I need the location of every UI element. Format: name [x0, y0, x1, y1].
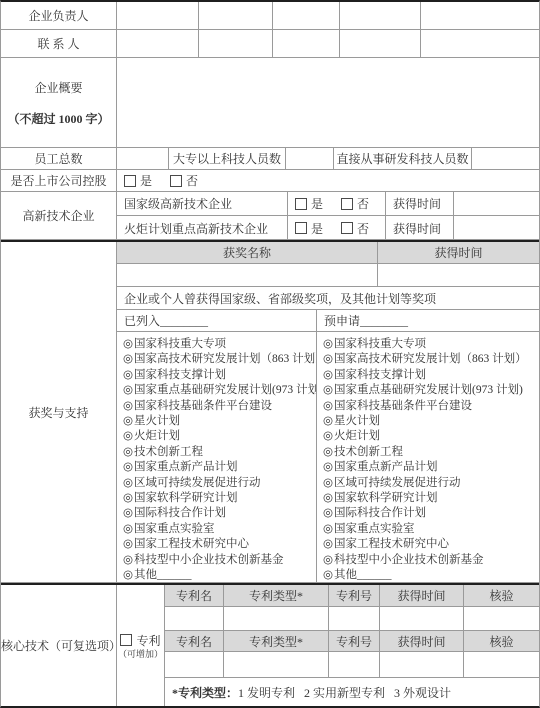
patent-option[interactable]: 专利 [120, 632, 160, 649]
hitech-torch-no[interactable]: 否 [341, 220, 369, 237]
hitech-national-no[interactable]: 否 [341, 195, 369, 212]
program-item[interactable]: ◎国家重点实验室 [323, 522, 539, 537]
summary-label: 企业概要 （不超过 1000 字） [1, 58, 117, 147]
program-item[interactable]: ◎国家科技基础条件平台建设 [323, 399, 539, 414]
program-item[interactable]: ◎国家重点基础研究发展计划(973 计划) [323, 383, 539, 398]
checkbox-icon[interactable] [341, 222, 353, 234]
patent-entry-row-2 [165, 652, 539, 678]
program-item[interactable]: ◎火炬计划 [123, 429, 316, 444]
bullseye-bullet-icon: ◎ [323, 353, 333, 365]
bullseye-bullet-icon: ◎ [323, 446, 333, 458]
patent-col-number: 专利号 [329, 585, 380, 606]
bullseye-bullet-icon: ◎ [123, 461, 133, 473]
staff-total-field[interactable] [117, 148, 169, 169]
program-item[interactable]: ◎国家科技重大专项 [123, 337, 316, 352]
manager-field-5[interactable] [421, 2, 539, 29]
bullseye-bullet-icon: ◎ [123, 415, 133, 427]
patent-footnote: *专利类型： 1 发明专利 2 实用新型专利 3 外观设计 [165, 678, 539, 706]
bullseye-bullet-icon: ◎ [123, 523, 133, 535]
bullseye-bullet-icon: ◎ [323, 415, 333, 427]
contact-field-1[interactable] [117, 30, 199, 57]
program-item[interactable]: ◎国家重点基础研究发展计划(973 计划) [123, 383, 316, 398]
hitech-torch-row: 火炬计划重点高新技术企业 是 否 获得时间 [117, 216, 539, 240]
program-item[interactable]: ◎国家高技术研究发展计划（863 计划） [323, 352, 539, 367]
bullseye-bullet-icon: ◎ [123, 446, 133, 458]
program-item[interactable]: ◎国际科技合作计划 [123, 506, 316, 521]
contact-field-2[interactable] [199, 30, 273, 57]
program-item[interactable]: ◎国家重点新产品计划 [123, 460, 316, 475]
patent-col-verify: 核验 [464, 585, 539, 606]
manager-field-2[interactable] [199, 2, 273, 29]
manager-field-1[interactable] [117, 2, 199, 29]
patent-col-number: 专利号 [329, 631, 380, 651]
contact-label: 联 系 人 [1, 30, 117, 57]
section-core-tech: 核心技术（可复选项） 专利 （可增加） 专利名 专利类型* 专利号 获得时间 核… [1, 583, 539, 706]
bullseye-bullet-icon: ◎ [123, 353, 133, 365]
patent-number-field[interactable] [329, 652, 380, 677]
awards-pre-apply-field[interactable]: 预申请________ [317, 310, 539, 331]
bullseye-bullet-icon: ◎ [323, 523, 333, 535]
program-item[interactable]: ◎国家科技支撑计划 [123, 368, 316, 383]
bullseye-bullet-icon: ◎ [123, 477, 133, 489]
patent-col-verify: 核验 [464, 631, 539, 651]
summary-field[interactable] [117, 58, 539, 147]
patent-col-type: 专利类型* [224, 585, 329, 606]
bullseye-bullet-icon: ◎ [323, 538, 333, 550]
awards-entry-row [117, 264, 539, 287]
patent-name-field[interactable] [165, 607, 224, 630]
hitech-torch-label: 火炬计划重点高新技术企业 [117, 216, 288, 240]
patent-type-field[interactable] [224, 652, 329, 677]
hitech-torch-time-label: 获得时间 [386, 216, 454, 240]
no-label: 否 [357, 195, 369, 212]
bullseye-bullet-icon: ◎ [323, 369, 333, 381]
program-item[interactable]: ◎技术创新工程 [123, 445, 316, 460]
bullseye-bullet-icon: ◎ [123, 538, 133, 550]
patent-header-row-2: 专利名 专利类型* 专利号 获得时间 核验 [165, 631, 539, 652]
core-tech-section-label: 核心技术（可复选项） [1, 585, 117, 706]
awards-desc-row: 企业或个人曾获得国家级、省部级奖项，及其他计划等奖项 [117, 287, 539, 310]
staff-college-label: 大专以上科技人员数 [169, 148, 286, 169]
bullseye-bullet-icon: ◎ [323, 338, 333, 350]
hitech-torch-options: 是 否 [288, 216, 386, 240]
hitech-torch-time-field[interactable] [454, 216, 539, 240]
hitech-national-time-field[interactable] [454, 192, 539, 215]
hitech-national-label: 国家级高新技术企业 [117, 192, 288, 215]
program-item[interactable]: ◎火炬计划 [323, 429, 539, 444]
contact-field-5[interactable] [421, 30, 539, 57]
checkbox-icon[interactable] [341, 198, 353, 210]
program-item[interactable]: ◎国家工程技术研究中心 [323, 537, 539, 552]
bullseye-bullet-icon: ◎ [323, 461, 333, 473]
manager-field-4[interactable] [340, 2, 421, 29]
program-item[interactable]: ◎其他______ [323, 568, 539, 583]
program-item[interactable]: ◎国家科技基础条件平台建设 [123, 399, 316, 414]
bullseye-bullet-icon: ◎ [323, 492, 333, 504]
patent-addable-note: （可增加） [118, 649, 163, 660]
bullseye-bullet-icon: ◎ [323, 400, 333, 412]
summary-label-line1: 企业概要 [34, 79, 82, 96]
program-item[interactable]: ◎国家高技术研究发展计划（863 计划） [123, 352, 316, 367]
awards-desc: 企业或个人曾获得国家级、省部级奖项，及其他计划等奖项 [117, 287, 539, 309]
staff-total-label: 员工总数 [1, 148, 117, 169]
row-summary: 企业概要 （不超过 1000 字） [1, 58, 539, 148]
program-item[interactable]: ◎国家重点实验室 [123, 522, 316, 537]
checkbox-icon[interactable] [295, 222, 307, 234]
hitech-national-time-label: 获得时间 [386, 192, 454, 215]
row-hitech: 高新技术企业 国家级高新技术企业 是 否 获 [1, 192, 539, 240]
checkbox-icon[interactable] [295, 198, 307, 210]
listed-company-label: 是否上市公司控股 [1, 170, 117, 191]
bullseye-bullet-icon: ◎ [123, 338, 133, 350]
yes-label: 是 [311, 220, 323, 237]
bullseye-bullet-icon: ◎ [123, 492, 133, 504]
checkbox-icon[interactable] [120, 634, 132, 646]
awards-header-row: 获奖名称 获得时间 [117, 242, 539, 264]
awards-programs-row: ◎国家科技重大专项◎国家高技术研究发展计划（863 计划）◎国家科技支撑计划◎国… [117, 332, 539, 584]
patent-col-name: 专利名 [165, 585, 224, 606]
staff-college-field[interactable] [286, 148, 334, 169]
patent-type-field[interactable] [224, 607, 329, 630]
no-label: 否 [357, 220, 369, 237]
program-item[interactable]: ◎国家科技支撑计划 [323, 368, 539, 383]
program-item[interactable]: ◎国家工程技术研究中心 [123, 537, 316, 552]
contact-field-4[interactable] [340, 30, 421, 57]
awards-section-label: 获奖与支持 [1, 242, 117, 582]
patent-number-field[interactable] [329, 607, 380, 630]
program-item[interactable]: ◎其他______ [123, 568, 316, 583]
row-manager: 企业负责人 [1, 2, 539, 30]
patent-footnote-title: *专利类型： [172, 684, 238, 701]
listed-no-option[interactable]: 否 [170, 172, 198, 189]
bullseye-bullet-icon: ◎ [323, 569, 333, 581]
awards-time-header: 获得时间 [378, 242, 539, 263]
section-awards: 获奖与支持 获奖名称 获得时间 企业或个人曾获得国家级、省部级奖项，及其他计划等… [1, 240, 539, 583]
patent-header-row-1: 专利名 专利类型* 专利号 获得时间 核验 [165, 585, 539, 607]
patent-footnote-row: *专利类型： 1 发明专利 2 实用新型专利 3 外观设计 [165, 678, 539, 706]
awards-name-header: 获奖名称 [117, 242, 378, 263]
patent-time-field[interactable] [380, 652, 464, 677]
patent-entry-row-1 [165, 607, 539, 631]
bullseye-bullet-icon: ◎ [323, 430, 333, 442]
awards-name-field[interactable] [117, 264, 378, 286]
awards-status-row: 已列入________ 预申请________ [117, 310, 539, 332]
staff-rd-label: 直接从事研发科技人员数 [334, 148, 472, 169]
bullseye-bullet-icon: ◎ [323, 384, 333, 396]
manager-field-3[interactable] [273, 2, 340, 29]
patent-checkbox-cell: 专利 （可增加） [117, 585, 165, 706]
program-item[interactable]: ◎区域可持续发展促进行动 [323, 476, 539, 491]
patent-time-field[interactable] [380, 607, 464, 630]
program-item[interactable]: ◎星火计划 [123, 414, 316, 429]
awards-programs-listed: ◎国家科技重大专项◎国家高技术研究发展计划（863 计划）◎国家科技支撑计划◎国… [117, 332, 317, 584]
bullseye-bullet-icon: ◎ [123, 400, 133, 412]
checkbox-icon[interactable] [124, 175, 136, 187]
enterprise-form-table: 企业负责人 联 系 人 企业概要 （不超过 1000 字） 员工总数 大专以上科… [0, 0, 540, 708]
manager-label: 企业负责人 [1, 2, 117, 29]
program-item[interactable]: ◎星火计划 [323, 414, 539, 429]
yes-label: 是 [140, 172, 152, 189]
row-staff: 员工总数 大专以上科技人员数 直接从事研发科技人员数 [1, 148, 539, 170]
patent-verify-field[interactable] [464, 652, 539, 677]
awards-time-field[interactable] [378, 264, 539, 286]
summary-label-line2: （不超过 1000 字） [7, 110, 109, 127]
program-item[interactable]: ◎区域可持续发展促进行动 [123, 476, 316, 491]
awards-listed-in-field[interactable]: 已列入________ [117, 310, 317, 331]
bullseye-bullet-icon: ◎ [323, 507, 333, 519]
program-item[interactable]: ◎科技型中小企业技术创新基金 [323, 553, 539, 568]
bullseye-bullet-icon: ◎ [123, 507, 133, 519]
checkbox-icon[interactable] [170, 175, 182, 187]
patent-col-name: 专利名 [165, 631, 224, 651]
hitech-torch-yes[interactable]: 是 [295, 220, 323, 237]
patent-checkbox-label: 专利 [136, 632, 160, 649]
bullseye-bullet-icon: ◎ [123, 384, 133, 396]
hitech-national-options: 是 否 [288, 192, 386, 215]
bullseye-bullet-icon: ◎ [323, 554, 333, 566]
contact-field-3[interactable] [273, 30, 340, 57]
row-contact: 联 系 人 [1, 30, 539, 58]
staff-rd-field[interactable] [472, 148, 539, 169]
hitech-national-yes[interactable]: 是 [295, 195, 323, 212]
bullseye-bullet-icon: ◎ [123, 554, 133, 566]
patent-col-time: 获得时间 [380, 631, 464, 651]
bullseye-bullet-icon: ◎ [123, 369, 133, 381]
hitech-section-label: 高新技术企业 [1, 192, 117, 239]
patent-col-type: 专利类型* [224, 631, 329, 651]
listed-yes-option[interactable]: 是 [124, 172, 152, 189]
program-item[interactable]: ◎国际科技合作计划 [323, 506, 539, 521]
program-item[interactable]: ◎国家软科学研究计划 [323, 491, 539, 506]
bullseye-bullet-icon: ◎ [123, 569, 133, 581]
no-label: 否 [186, 172, 198, 189]
program-item[interactable]: ◎技术创新工程 [323, 445, 539, 460]
row-listed-company: 是否上市公司控股 是 否 [1, 170, 539, 192]
patent-footnote-text: 1 发明专利 2 实用新型专利 3 外观设计 [238, 684, 451, 701]
bullseye-bullet-icon: ◎ [323, 477, 333, 489]
patent-name-field[interactable] [165, 652, 224, 677]
hitech-national-row: 国家级高新技术企业 是 否 获得时间 [117, 192, 539, 216]
listed-company-options: 是 否 [117, 170, 539, 191]
awards-programs-preapply: ◎国家科技重大专项◎国家高技术研究发展计划（863 计划）◎国家科技支撑计划◎国… [317, 332, 539, 584]
patent-col-time: 获得时间 [380, 585, 464, 606]
patent-verify-field[interactable] [464, 607, 539, 630]
program-item[interactable]: ◎国家重点新产品计划 [323, 460, 539, 475]
bullseye-bullet-icon: ◎ [123, 430, 133, 442]
program-item[interactable]: ◎国家科技重大专项 [323, 337, 539, 352]
program-item[interactable]: ◎科技型中小企业技术创新基金 [123, 553, 316, 568]
program-item[interactable]: ◎国家软科学研究计划 [123, 491, 316, 506]
yes-label: 是 [311, 195, 323, 212]
